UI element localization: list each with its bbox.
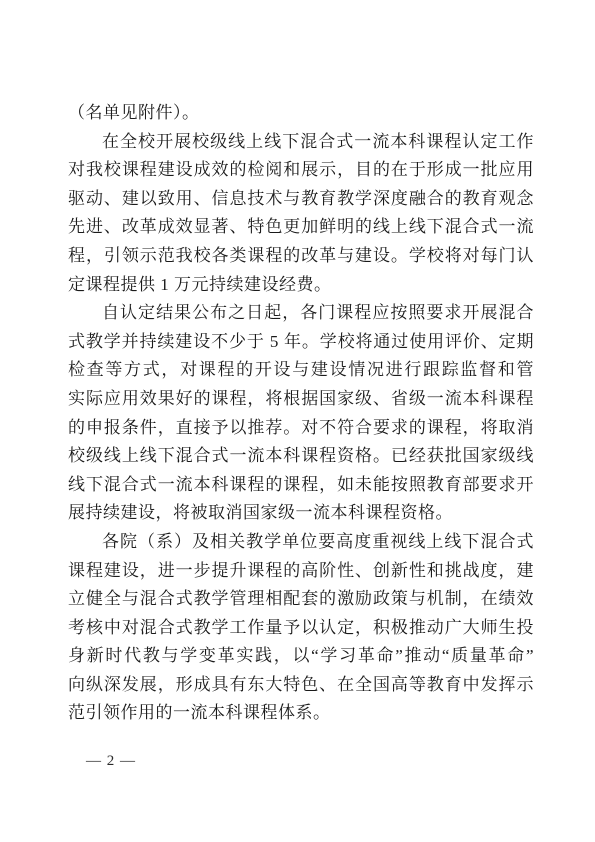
text-line: 立健全与混合式教学管理相配套的激励政策与机制，在绩效	[68, 585, 534, 614]
text-line: 实际应用效果好的课程，将根据国家级、省级一流本科课程	[68, 385, 534, 414]
text-line: 的申报条件，直接予以推荐。对不符合要求的课程，将取消	[68, 414, 534, 443]
text-line: 先进、改革成效显著、特色更加鲜明的线上线下混合式一流课	[68, 213, 534, 242]
text-line: 身新时代教与学变革实践，以“学习革命”推动“质量革命”	[68, 642, 534, 671]
text-line: 线下混合式一流本科课程的课程，如未能按照教育部要求开	[68, 471, 534, 500]
text-line: 检查等方式，对课程的开设与建设情况进行跟踪监督和管理。	[68, 356, 534, 385]
document-body: （名单见附件）。在全校开展校级线上线下混合式一流本科课程认定工作是对我校课程建设…	[68, 99, 534, 728]
text-line: 展持续建设，将被取消国家级一流本科课程资格。	[68, 499, 534, 528]
text-line: 向纵深发展，形成具有东大特色、在全国高等教育中发挥示	[68, 671, 534, 700]
text-line: 程，引领示范我校各类课程的改革与建设。学校将对每门认	[68, 242, 534, 271]
document-page: （名单见附件）。在全校开展校级线上线下混合式一流本科课程认定工作是对我校课程建设…	[0, 0, 595, 842]
text-line: 考核中对混合式教学工作量予以认定，积极推动广大师生投	[68, 614, 534, 643]
text-line: 定课程提供 1 万元持续建设经费。	[68, 271, 534, 300]
text-line: 校级线上线下混合式一流本科课程资格。已经获批国家级线上	[68, 442, 534, 471]
text-line: 对我校课程建设成效的检阅和展示，目的在于形成一批应用	[68, 156, 534, 185]
text-line: 各院（系）及相关教学单位要高度重视线上线下混合式	[68, 528, 534, 557]
text-line: （名单见附件）。	[68, 99, 534, 128]
text-line: 驱动、建以致用、信息技术与教育教学深度融合的教育观念	[68, 185, 534, 214]
text-line: 式教学并持续建设不少于 5 年。学校将通过使用评价、定期	[68, 328, 534, 357]
text-line: 课程建设，进一步提升课程的高阶性、创新性和挑战度，建	[68, 557, 534, 586]
page-number: — 2 —	[86, 753, 136, 770]
text-line: 自认定结果公布之日起，各门课程应按照要求开展混合	[68, 299, 534, 328]
text-line: 在全校开展校级线上线下混合式一流本科课程认定工作是	[68, 128, 534, 157]
text-line: 范引领作用的一流本科课程体系。	[68, 699, 534, 728]
